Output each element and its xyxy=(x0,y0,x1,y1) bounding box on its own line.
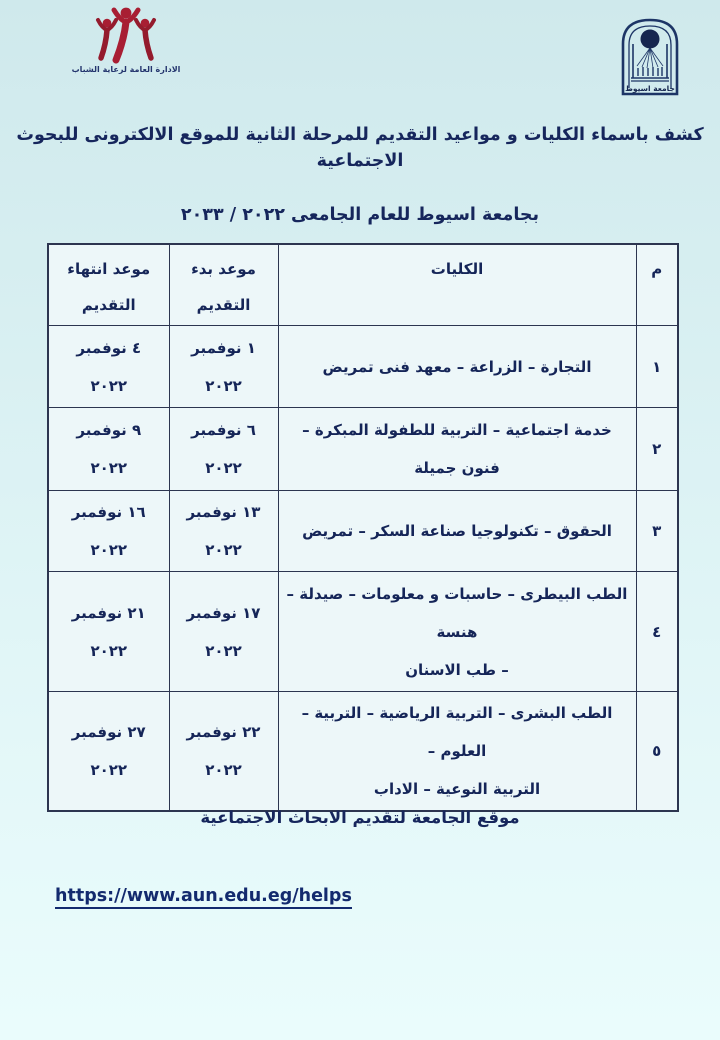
row-index: ٣ xyxy=(636,491,678,572)
colleges-cell: خدمة اجتماعية – التربية للطفولة المبكرة … xyxy=(278,408,636,491)
end-date-cell: ٢٧ نوفمبر ٢٠٢٢ xyxy=(48,692,169,812)
start-date-cell: ١٧ نوفمبر ٢٠٢٢ xyxy=(169,572,278,692)
header-start-date: موعد بدء التقديم xyxy=(169,244,278,326)
colleges-cell: التجارة – الزراعة – معهد فنى تمريض xyxy=(278,326,636,408)
start-date-cell: ٢٢ نوفمبر ٢٠٢٢ xyxy=(169,692,278,812)
header-end-date: موعد انتهاء التقديم xyxy=(48,244,169,326)
title-line-2: بجامعة اسيوط للعام الجامعى ٢٠٢٢ / ٢٠٣٣ xyxy=(0,202,720,228)
start-date-cell: ١٣ نوفمبر ٢٠٢٢ xyxy=(169,491,278,572)
header-colleges: الكليات xyxy=(278,244,636,326)
colleges-cell: الحقوق – تكنولوجيا صناعة السكر – تمريض xyxy=(278,491,636,572)
end-date-cell: ٢١ نوفمبر ٢٠٢٢ xyxy=(48,572,169,692)
application-schedule-table: م الكليات موعد بدء التقديم موعد انتهاء ا… xyxy=(47,243,679,812)
row-index: ٥ xyxy=(636,692,678,812)
end-date-cell: ٤ نوفمبر ٢٠٢٢ xyxy=(48,326,169,408)
colleges-cell: الطب البشرى – التربية الرياضية – التربية… xyxy=(278,692,636,812)
assiut-university-emblem-icon: جامعة اسيوط xyxy=(614,12,686,98)
table-row: ٤ الطب البيطرى – حاسبات و معلومات – صيدل… xyxy=(48,572,678,692)
colleges-cell: الطب البيطرى – حاسبات و معلومات – صيدلة … xyxy=(278,572,636,692)
header-index: م xyxy=(636,244,678,326)
footer-caption: موقع الجامعة لتقديم الابحاث الاجتماعية xyxy=(0,808,720,827)
title-line-1: كشف باسماء الكليات و مواعيد التقديم للمر… xyxy=(0,122,720,175)
document-title: كشف باسماء الكليات و مواعيد التقديم للمر… xyxy=(0,122,720,255)
row-index: ١ xyxy=(636,326,678,408)
end-date-cell: ١٦ نوفمبر ٢٠٢٢ xyxy=(48,491,169,572)
table-row: ٢ خدمة اجتماعية – التربية للطفولة المبكر… xyxy=(48,408,678,491)
emblem-university-name: جامعة اسيوط xyxy=(625,84,675,93)
end-date-cell: ٩ نوفمبر ٢٠٢٢ xyxy=(48,408,169,491)
university-site-link[interactable]: https://www.aun.edu.eg/helps xyxy=(55,886,352,909)
row-index: ٢ xyxy=(636,408,678,491)
start-date-cell: ١ نوفمبر ٢٠٢٢ xyxy=(169,326,278,408)
table-header-row: م الكليات موعد بدء التقديم موعد انتهاء ا… xyxy=(48,244,678,326)
start-date-cell: ٦ نوفمبر ٢٠٢٢ xyxy=(169,408,278,491)
table-row: ٣ الحقوق – تكنولوجيا صناعة السكر – تمريض… xyxy=(48,491,678,572)
three-people-icon xyxy=(90,6,162,64)
table-row: ١ التجارة – الزراعة – معهد فنى تمريض ١ ن… xyxy=(48,326,678,408)
university-emblem: جامعة اسيوط xyxy=(614,12,686,102)
table-row: ٥ الطب البشرى – التربية الرياضية – الترب… xyxy=(48,692,678,812)
youth-welfare-logo: الادارة العامة لرعاية الشباب xyxy=(68,6,184,74)
row-index: ٤ xyxy=(636,572,678,692)
youth-welfare-logo-caption: الادارة العامة لرعاية الشباب xyxy=(68,65,184,74)
